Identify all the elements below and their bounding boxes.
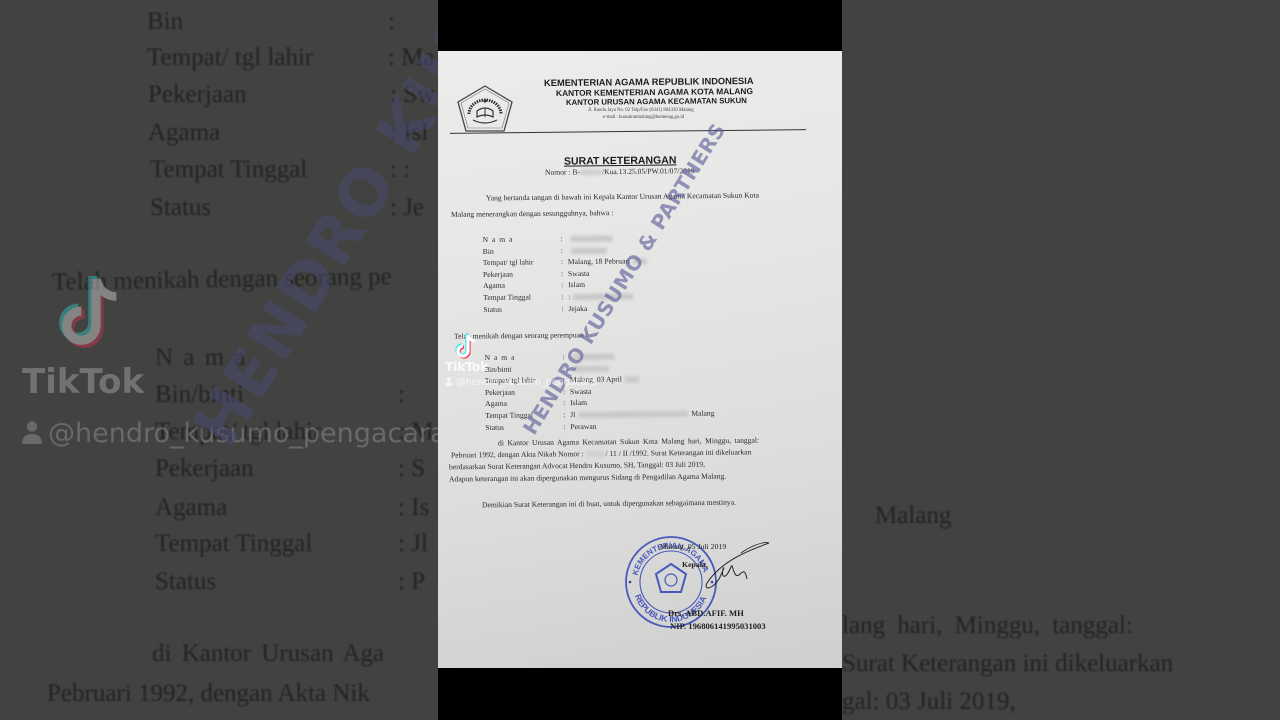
field-colon: : — [561, 246, 563, 255]
field-label: Pekerjaan — [485, 387, 515, 396]
surat-keterangan-document: KEMENTERIAN AGAMA REPUBLIK INDONESIA KAN… — [438, 51, 842, 668]
redacted-value — [571, 248, 607, 254]
bg-label: Tempat/ tgl lahir — [147, 44, 313, 72]
groom-fields: N a m a:Bin:Tempat/ tgl lahir:Malang, 18… — [483, 235, 484, 316]
letterhead-address: Jl. Randu Jaya No. 02 Telp/Fax (0341) 80… — [588, 108, 694, 113]
bg-label: Pekerjaan — [155, 455, 254, 483]
letterhead-kua-office: KANTOR URUSAN AGAMA KECAMATAN SUKUN — [566, 96, 747, 107]
bg-value: : P — [398, 568, 425, 596]
field-colon: : — [563, 422, 565, 431]
field-value — [568, 234, 613, 243]
bg-label: Tempat Tinggal — [150, 156, 307, 184]
bg-value: : — [398, 381, 405, 409]
field-label: Tempat Tinggal — [483, 292, 531, 301]
field-label: Status — [483, 304, 502, 313]
field-value-text: Swasta — [570, 387, 592, 396]
field-value-text: Perawan — [570, 421, 596, 430]
bg-value: : — [388, 8, 395, 36]
redacted-block — [580, 169, 602, 175]
field-label: Bin/binti — [485, 364, 512, 373]
tiktok-wordmark: TikTok — [445, 359, 488, 374]
field-value: Swasta — [570, 387, 592, 396]
field-colon: : — [561, 234, 563, 243]
letterhead-email: e-mail : kuasukunmalang@kemenag.go.id — [603, 115, 684, 120]
field-value-text: : — [568, 292, 570, 301]
background-right-blurred: Malang lang hari, Minggu, tanggal: Surat… — [842, 0, 1280, 720]
field-label: N a m a — [485, 353, 516, 362]
bg-value: : S — [398, 455, 425, 483]
field-value: Islam — [568, 280, 585, 289]
field-label: Agama — [485, 399, 507, 408]
signatory-nip: NIP. 196806141995031003 — [670, 621, 766, 631]
place-date: Malang, 05 Juli 2019 — [660, 542, 726, 551]
bg-body-line: gal: 03 Juli 2019, — [842, 688, 1016, 716]
user-icon — [445, 377, 453, 386]
intro-line-2: Malang menerangkan dengan sesungguhnya, … — [451, 208, 613, 219]
intro-line-1: Yang bertanda tangan di bawah ini Kepala… — [486, 191, 759, 203]
bg-body-line: di Kantor Urusan Aga — [152, 640, 384, 668]
field-label: Agama — [483, 281, 505, 290]
document-number: Nomor : B-/Kua.13.25.05/PW.01/07/2019 — [545, 166, 695, 177]
field-colon: : — [561, 292, 563, 301]
field-value — [568, 245, 607, 254]
body-line-2: Pebruari 1992, dengan Akta Nikah Nomor :… — [451, 447, 751, 459]
bg-body-line: lang hari, Minggu, tanggal: — [842, 612, 1133, 640]
field-value: Jejaka — [568, 303, 587, 312]
field-label: N a m a — [483, 235, 514, 244]
field-colon: : — [561, 281, 563, 290]
document-paper: KEMENTERIAN AGAMA REPUBLIK INDONESIA KAN… — [438, 51, 842, 668]
field-colon: : — [561, 257, 563, 266]
bg-value: : Jl — [398, 530, 428, 558]
bg-label: Tempat Tinggal — [155, 530, 312, 558]
redacted-block — [586, 451, 604, 457]
body-line-2a: Pebruari 1992, dengan Akta Nikah Nomor : — [451, 449, 584, 459]
redacted-value — [571, 236, 613, 242]
kemenag-emblem-icon — [455, 84, 515, 134]
bg-label: Agama — [148, 119, 220, 147]
field-value-text: Jl — [570, 410, 575, 419]
username-text: @hendro_kusumo_pengacara — [456, 377, 596, 388]
bg-label: Agama — [155, 494, 227, 522]
signatory-name: Drs. ABD.AFIF. MH — [668, 608, 744, 618]
field-value: Islam — [570, 398, 587, 407]
field-colon: : — [563, 399, 565, 408]
field-value-text: Jejaka — [568, 303, 587, 312]
bg-address-suffix: Malang — [875, 502, 951, 530]
field-value: Perawan — [570, 421, 596, 430]
field-value-suffix: Malang — [691, 409, 714, 418]
tiktok-logo-icon — [455, 333, 479, 361]
field-value: JlMalang — [570, 409, 714, 420]
signatory-position: Kepala, — [682, 560, 708, 569]
user-icon — [22, 420, 42, 444]
field-label: Status — [485, 422, 504, 431]
bg-tiktok-wordmark: TikTok — [22, 362, 144, 402]
tiktok-username[interactable]: @hendro_kusumo_pengacara — [445, 377, 596, 388]
field-value: Swasta — [568, 269, 590, 278]
field-value-text: Islam — [568, 280, 585, 289]
field-value-text: Islam — [570, 398, 587, 407]
nomor-prefix: Nomor : B- — [545, 167, 580, 176]
redacted-value — [625, 377, 639, 383]
bg-label: Bin — [147, 8, 183, 36]
body-line-2b: / 11 / II /1992. Surat Keterangan ini di… — [605, 447, 751, 458]
background-left-blurred: Bin Tempat/ tgl lahir Pekerjaan Agama Te… — [0, 0, 438, 720]
field-label: Tempat/ tgl lahir — [483, 258, 534, 268]
closing-line: Demikian Surat Keterangan ini di buat, u… — [482, 498, 736, 510]
video-frame[interactable]: KEMENTERIAN AGAMA REPUBLIK INDONESIA KAN… — [438, 0, 842, 720]
tiktok-logo-icon — [58, 272, 128, 356]
bg-value: : Is — [398, 494, 429, 522]
field-colon: : — [561, 269, 563, 278]
field-label: Pekerjaan — [483, 269, 513, 278]
bg-body-line: Surat Keterangan ini dikeluarkan — [842, 650, 1173, 678]
field-colon: : — [563, 410, 565, 419]
field-label: Bin — [483, 246, 494, 255]
bg-body-line: Pebruari 1992, dengan Akta Nik — [47, 680, 370, 708]
bg-label: Status — [155, 568, 216, 596]
bg-label: Status — [150, 194, 211, 222]
bg-label: Pekerjaan — [148, 81, 247, 109]
field-colon: : — [561, 304, 563, 313]
body-line-3: berdasarkan Surat Keterangan Advocat Hen… — [449, 460, 705, 472]
field-value-text: Swasta — [568, 269, 590, 278]
redacted-value — [578, 411, 688, 418]
body-line-4: Adapun keterangan ini akan dipergunakan … — [449, 472, 726, 484]
